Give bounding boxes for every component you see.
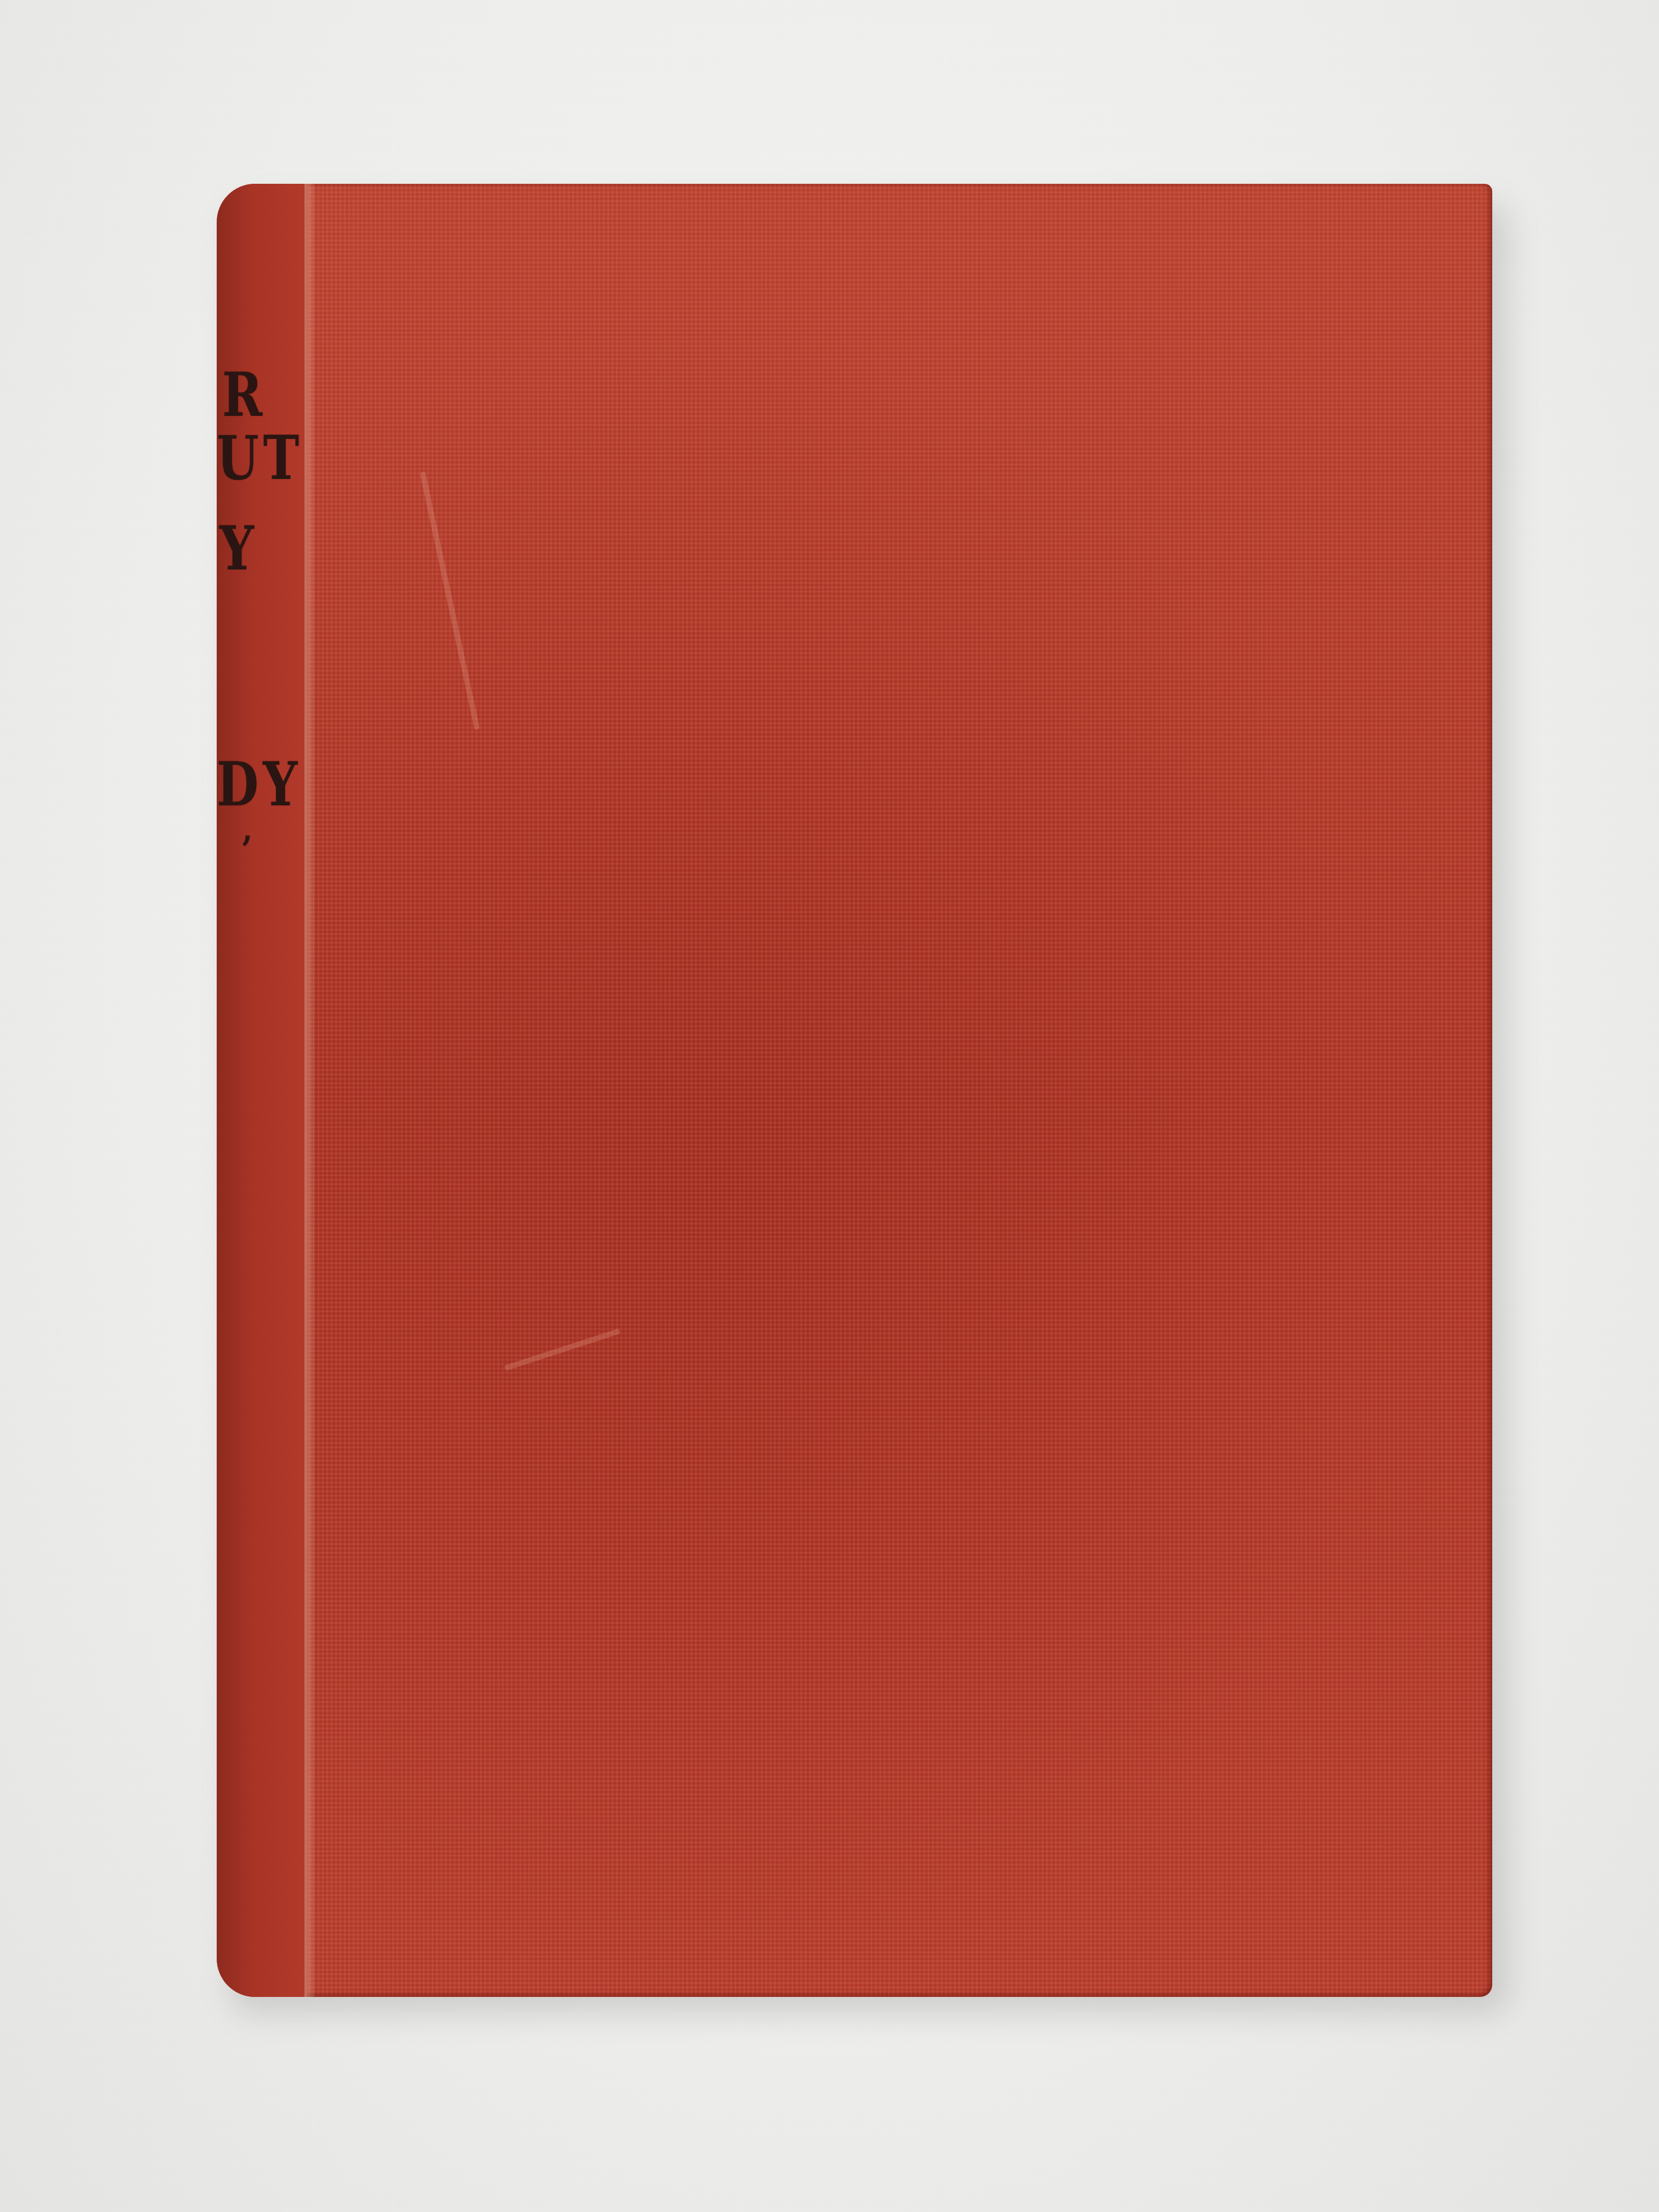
book-cover: R UT Y DY ’	[217, 184, 1492, 1997]
cover-crease	[420, 471, 480, 730]
spine-title-line-3: Y	[219, 518, 258, 579]
book-spine: R UT Y DY ’	[217, 184, 307, 1997]
spine-title-line-2: UT	[217, 428, 303, 488]
cover-scuff	[504, 1328, 620, 1370]
spine-title-line-1: R	[222, 365, 267, 425]
spine-mark: ’	[241, 831, 257, 870]
spine-hinge	[304, 184, 314, 1997]
spine-author-line: DY	[217, 754, 302, 815]
